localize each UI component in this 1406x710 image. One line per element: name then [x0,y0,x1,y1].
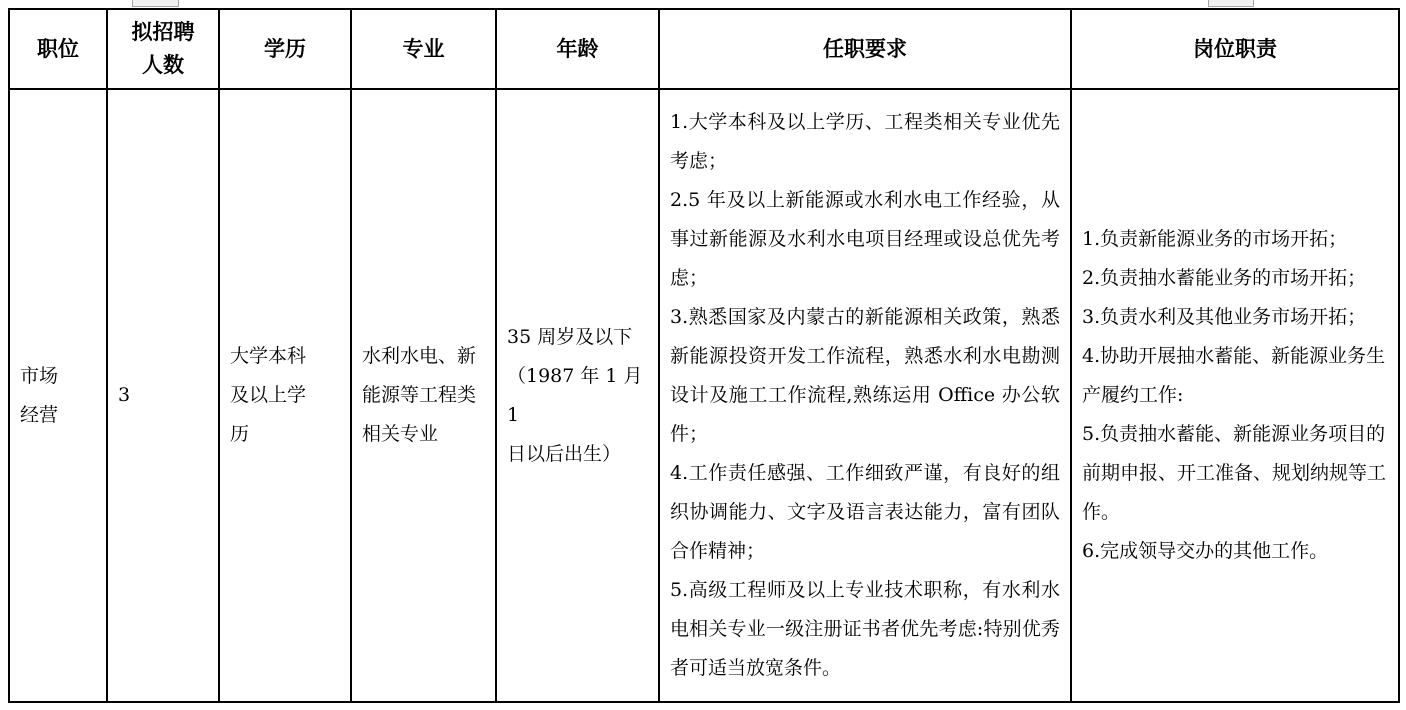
recruitment-table: 职位 拟招聘 人数 学历 专业 年龄 任职要求 岗位职责 市场 经营 3 大学本… [8,8,1400,703]
duty-item: 4.协助开展抽水蓄能、新能源业务生产履约工作: [1082,337,1388,415]
ruler-marker [132,0,179,7]
header-major: 专业 [351,9,496,89]
ruler-marker [1208,0,1254,7]
cell-position: 市场 经营 [9,89,107,702]
header-row: 职位 拟招聘 人数 学历 专业 年龄 任职要求 岗位职责 [9,9,1399,89]
requirement-item: 4.工作责任感强、工作细致严谨，有良好的组织协调能力、文字及语言表达能力，富有团… [670,454,1060,571]
cell-age: 35 周岁及以下 （1987 年 1 月 1 日以后出生） [496,89,659,702]
header-age: 年龄 [496,9,659,89]
duty-item: 1.负责新能源业务的市场开拓； [1082,220,1388,259]
document-page: 职位 拟招聘 人数 学历 专业 年龄 任职要求 岗位职责 市场 经营 3 大学本… [0,0,1406,710]
cell-requirements: 1.大学本科及以上学历、工程类相关专业优先考虑；2.5 年及以上新能源或水利水电… [659,89,1071,702]
header-duties: 岗位职责 [1071,9,1399,89]
duty-item: 2.负责抽水蓄能业务的市场开拓； [1082,259,1388,298]
duty-item: 3.负责水利及其他业务市场开拓； [1082,298,1388,337]
cell-education: 大学本科 及以上学 历 [219,89,351,702]
requirement-item: 2.5 年及以上新能源或水利水电工作经验，从事过新能源及水利水电项目经理或设总优… [670,181,1060,298]
duty-item: 5.负责抽水蓄能、新能源业务项目的前期申报、开工准备、规划纳规等工作。 [1082,415,1388,532]
requirement-item: 5.高级工程师及以上专业技术职称，有水利水电相关专业一级注册证书者优先考虑:特别… [670,571,1060,688]
duty-item: 6.完成领导交办的其他工作。 [1082,532,1388,571]
table-row: 市场 经营 3 大学本科 及以上学 历 水利水电、新 能源等工程类 相关专业 3… [9,89,1399,702]
requirement-item: 3.熟悉国家及内蒙古的新能源相关政策，熟悉新能源投资开发工作流程，熟悉水利水电勘… [670,298,1060,454]
header-education: 学历 [219,9,351,89]
header-position: 职位 [9,9,107,89]
requirement-item: 1.大学本科及以上学历、工程类相关专业优先考虑； [670,103,1060,181]
cell-duties: 1.负责新能源业务的市场开拓；2.负责抽水蓄能业务的市场开拓；3.负责水利及其他… [1071,89,1399,702]
cell-major: 水利水电、新 能源等工程类 相关专业 [351,89,496,702]
header-headcount: 拟招聘 人数 [107,9,219,89]
header-requirements: 任职要求 [659,9,1071,89]
cell-headcount: 3 [107,89,219,702]
